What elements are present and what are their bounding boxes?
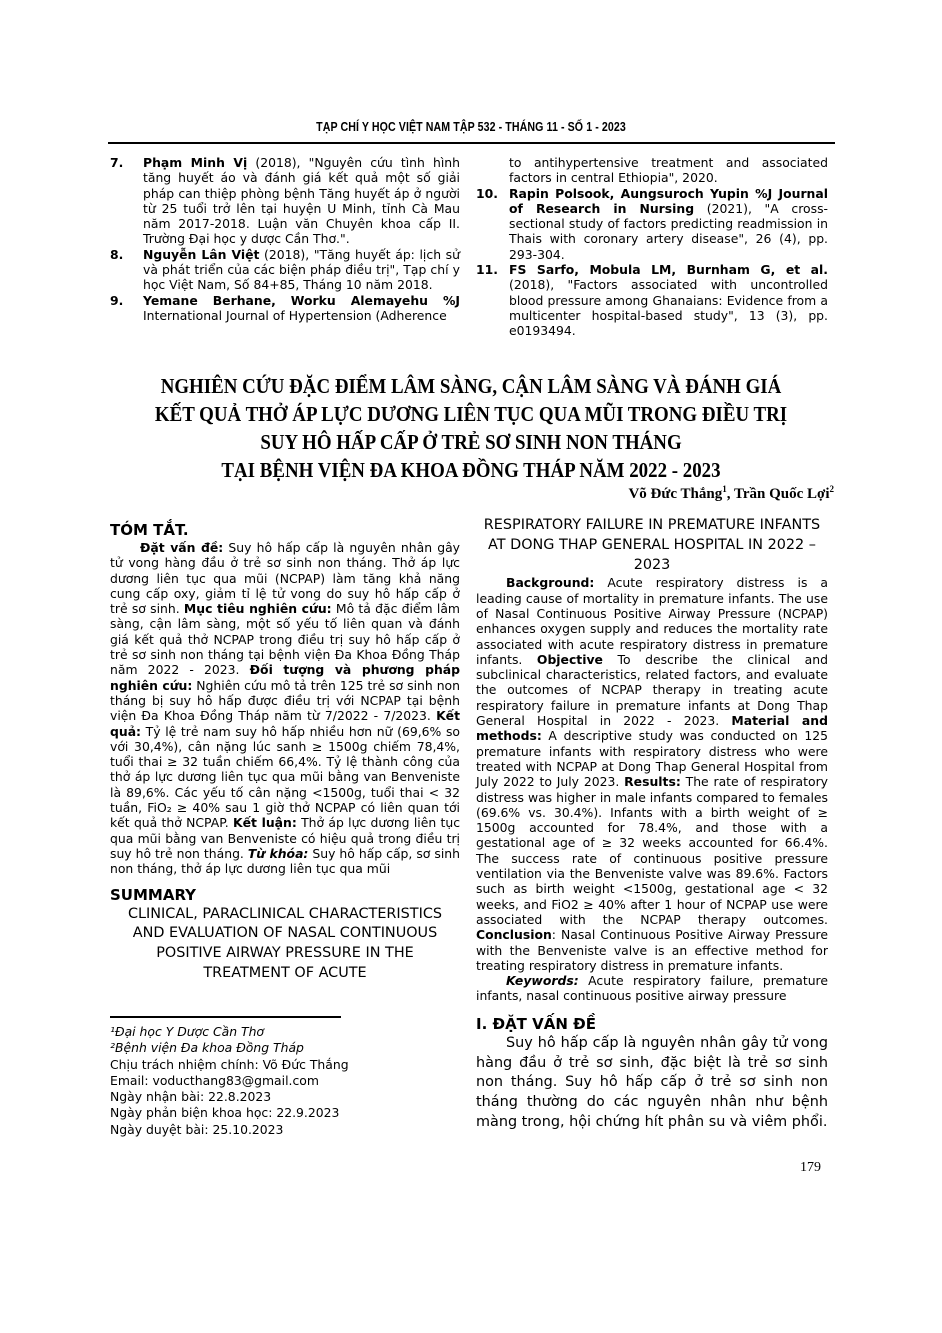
footnote-rule: [110, 1016, 341, 1018]
journal-page: TẠP CHÍ Y HỌC VIỆT NAM TẬP 532 - THÁNG 1…: [0, 0, 942, 1333]
reference-number: 9.: [110, 293, 143, 324]
reference-text: International Journal of Hypertension (A…: [143, 308, 447, 323]
author-email: Email: voducthang83@gmail.com: [110, 1073, 349, 1089]
summary-body: Background: Acute respiratory distress i…: [476, 575, 828, 973]
summary-en: RESPIRATORY FAILURE IN PREMATURE INFANTS…: [476, 516, 828, 1133]
references-right: to antihypertensive treatment and associ…: [476, 155, 828, 339]
summary-label: Background:: [506, 575, 594, 590]
keywords-label: Keywords:: [506, 973, 579, 988]
references-left: 7. Phạm Minh Vị (2018), "Nguyên cứu tình…: [110, 155, 460, 323]
affiliation-1: ¹Đại học Y Dược Cần Thơ: [110, 1024, 264, 1039]
title-line: SUY HÔ HẤP CẤP Ở TRẺ SƠ SINH NON THÁNG: [137, 428, 805, 456]
reference-authors: Yemane Berhane, Worku Alemayehu %J: [143, 293, 460, 308]
reference-authors: FS Sarfo, Mobula LM, Burnham G, et al.: [509, 262, 828, 277]
reference-number: 8.: [110, 247, 143, 293]
date-reviewed: Ngày phản biện khoa học: 22.9.2023: [110, 1105, 349, 1121]
summary-title-continuation: RESPIRATORY FAILURE IN PREMATURE INFANTS…: [476, 516, 828, 575]
title-line: NGHIÊN CỨU ĐẶC ĐIỂM LÂM SÀNG, CẬN LÂM SÀ…: [137, 372, 805, 400]
reference-text: (2018), "Factors associated with uncontr…: [509, 277, 828, 338]
summary-text: The rate of respiratory distress was hig…: [476, 774, 828, 927]
reference-continuation: to antihypertensive treatment and associ…: [476, 155, 828, 186]
affiliation-2: ²Bệnh viện Đa khoa Đồng Tháp: [110, 1040, 304, 1055]
summary-label: Conclusion: [476, 927, 552, 942]
article-title: NGHIÊN CỨU ĐẶC ĐIỂM LÂM SÀNG, CẬN LÂM SÀ…: [137, 372, 805, 484]
header-rule: [108, 142, 835, 144]
reference-item: 9. Yemane Berhane, Worku Alemayehu %J In…: [110, 293, 460, 324]
summary-label: Results:: [624, 774, 681, 789]
journal-header: TẠP CHÍ Y HỌC VIỆT NAM TẬP 532 - THÁNG 1…: [164, 120, 778, 134]
abstract-text: Tỷ lệ trẻ nam suy hô hấp nhiều hơn nữ (6…: [110, 724, 460, 831]
corresponding-author: Chịu trách nhiệm chính: Võ Đức Thắng: [110, 1057, 349, 1073]
title-line: TẠI BỆNH VIỆN ĐA KHOA ĐỒNG THÁP NĂM 2022…: [137, 456, 805, 484]
author-name: Võ Đức Thắng: [628, 486, 722, 502]
summary-keywords: Keywords: Acute respiratory failure, pre…: [476, 973, 828, 1004]
abstract-body: Đặt vấn đề: Suy hô hấp cấp là nguyên nhâ…: [110, 540, 460, 877]
reference-authors: Phạm Minh Vị: [143, 155, 247, 170]
reference-item: 8. Nguyễn Lân Việt (2018), "Tăng huyết á…: [110, 247, 460, 293]
date-accepted: Ngày duyệt bài: 25.10.2023: [110, 1122, 349, 1138]
reference-number: 10.: [476, 186, 509, 262]
abstract-label: Mục tiêu nghiên cứu:: [184, 601, 332, 616]
page-number: 179: [800, 1160, 821, 1176]
summary-heading: SUMMARY: [110, 885, 460, 905]
keywords-label: Từ khóa:: [248, 846, 309, 861]
title-line: KẾT QUẢ THỞ ÁP LỰC DƯƠNG LIÊN TỤC QUA MŨ…: [137, 400, 805, 428]
intro-heading: I. ĐẶT VẤN ĐỀ: [476, 1014, 828, 1034]
author-name: Trần Quốc Lợi: [734, 486, 830, 502]
footnotes: ¹Đại học Y Dược Cần Thơ ²Bệnh viện Đa kh…: [110, 1024, 349, 1138]
article-authors: Võ Đức Thắng1, Trần Quốc Lợi2: [628, 484, 834, 503]
affiliation-marker: 2: [830, 484, 835, 494]
reference-item: 7. Phạm Minh Vị (2018), "Nguyên cứu tình…: [110, 155, 460, 247]
abstract-label: Đặt vấn đề:: [140, 540, 223, 555]
abstract-label: Kết luận:: [233, 815, 297, 830]
reference-number: 7.: [110, 155, 143, 247]
date-received: Ngày nhận bài: 22.8.2023: [110, 1089, 349, 1105]
intro-text: Suy hô hấp cấp là nguyên nhân gây tử von…: [476, 1034, 828, 1133]
reference-authors: Nguyễn Lân Việt: [143, 247, 259, 262]
reference-item: 11. FS Sarfo, Mobula LM, Burnham G, et a…: [476, 262, 828, 338]
abstract-heading: TÓM TẮT.: [110, 520, 460, 540]
author-separator: ,: [727, 486, 734, 502]
reference-item: 10. Rapin Polsook, Aungsuroch Yupin %J J…: [476, 186, 828, 262]
summary-label: Objective: [537, 652, 603, 667]
summary-title-en: CLINICAL, PARACLINICAL CHARACTERISTICS A…: [110, 905, 460, 984]
abstract-vi: TÓM TẮT. Đặt vấn đề: Suy hô hấp cấp là n…: [110, 520, 460, 984]
reference-number: 11.: [476, 262, 509, 338]
